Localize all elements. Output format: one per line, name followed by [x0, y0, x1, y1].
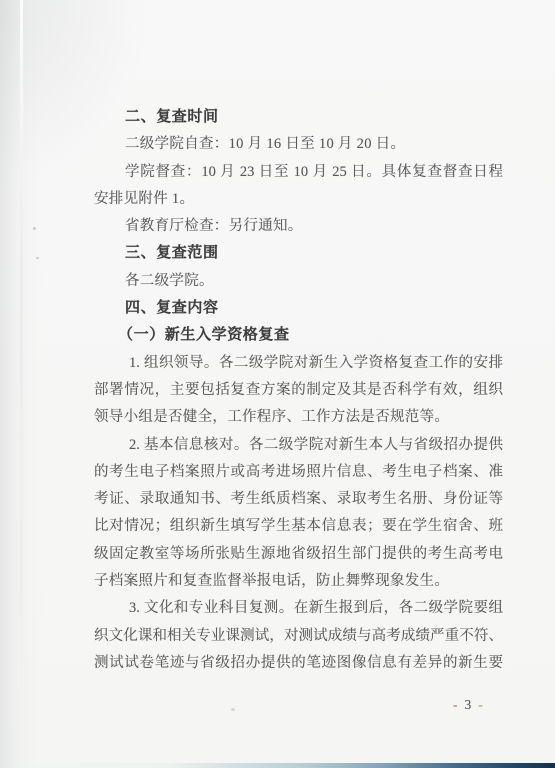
page-number-dash-left: - — [453, 697, 458, 712]
doc-line-item2-lead: 2. 基本信息核对。各二级学院对新生本人与省级招办提供 — [94, 432, 503, 459]
doc-line-item2-cont1: 的考生电子档案照片或高考进场照片信息、考生电子档案、准 — [94, 459, 503, 486]
doc-line-item3-cont1: 织文化课和相关专业课测试，对测试成绩与高考成绩严重不符、 — [94, 623, 503, 650]
page-number-digit: 3 — [465, 697, 472, 712]
paper-fold-line — [20, 0, 23, 768]
page-number-dash-right: - — [478, 697, 483, 712]
heading-review-scope: 三、复查范围 — [94, 240, 503, 267]
doc-line-self-check-dates: 二级学院自查：10 月 16 日至 10 月 20 日。 — [94, 131, 503, 158]
doc-line-item1-cont1: 部署情况，主要包括复查方案的制定及其是否科学有效，组织 — [94, 377, 503, 404]
heading-review-content: 四、复查内容 — [94, 295, 503, 322]
doc-line-provincial-inspection: 省教育厅检查：另行通知。 — [94, 213, 503, 240]
scan-bottom-edge — [0, 763, 555, 768]
scan-speck — [33, 227, 36, 230]
doc-line-item1-lead: 1. 组织领导。各二级学院对新生入学资格复查工作的安排 — [94, 350, 503, 377]
doc-line-scope-colleges: 各二级学院。 — [94, 268, 503, 295]
subheading-freshman-qualification: （一）新生入学资格复查 — [94, 322, 503, 349]
doc-line-item1-cont2: 领导小组是否健全，工作程序、工作方法是否规范等。 — [94, 404, 503, 431]
doc-line-see-attachment: 安排见附件 1。 — [94, 186, 503, 213]
doc-line-item3-lead: 3. 文化和专业科目复测。在新生报到后，各二级学院要组 — [94, 595, 503, 622]
doc-line-item3-cont2: 测试试卷笔迹与省级招办提供的笔迹图像信息有差异的新生要 — [94, 650, 503, 677]
doc-line-item2-cont4: 级固定教室等场所张贴生源地省级招生部门提供的考生高考电 — [94, 541, 503, 568]
doc-line-item2-cont3: 比对情况；组织新生填写学生基本信息表；要在学生宿舍、班 — [94, 513, 503, 540]
scanned-document-page: 二、复查时间 二级学院自查：10 月 16 日至 10 月 20 日。 学院督查… — [0, 0, 555, 768]
doc-line-item2-cont2: 考证、录取通知书、考生纸质档案、录取考生名册、身份证等 — [94, 486, 503, 513]
document-body: 二、复查时间 二级学院自查：10 月 16 日至 10 月 20 日。 学院督查… — [94, 104, 503, 677]
heading-review-time: 二、复查时间 — [94, 104, 503, 131]
scan-speck — [36, 257, 39, 259]
doc-line-item2-cont5: 子档案照片和复查监督举报电话，防止舞弊现象发生。 — [94, 568, 503, 595]
scan-speck — [231, 708, 235, 711]
doc-line-college-inspection-dates: 学院督查：10 月 23 日至 10 月 25 日。具体复查督查日程 — [94, 159, 503, 186]
page-number: -3- — [453, 698, 483, 712]
